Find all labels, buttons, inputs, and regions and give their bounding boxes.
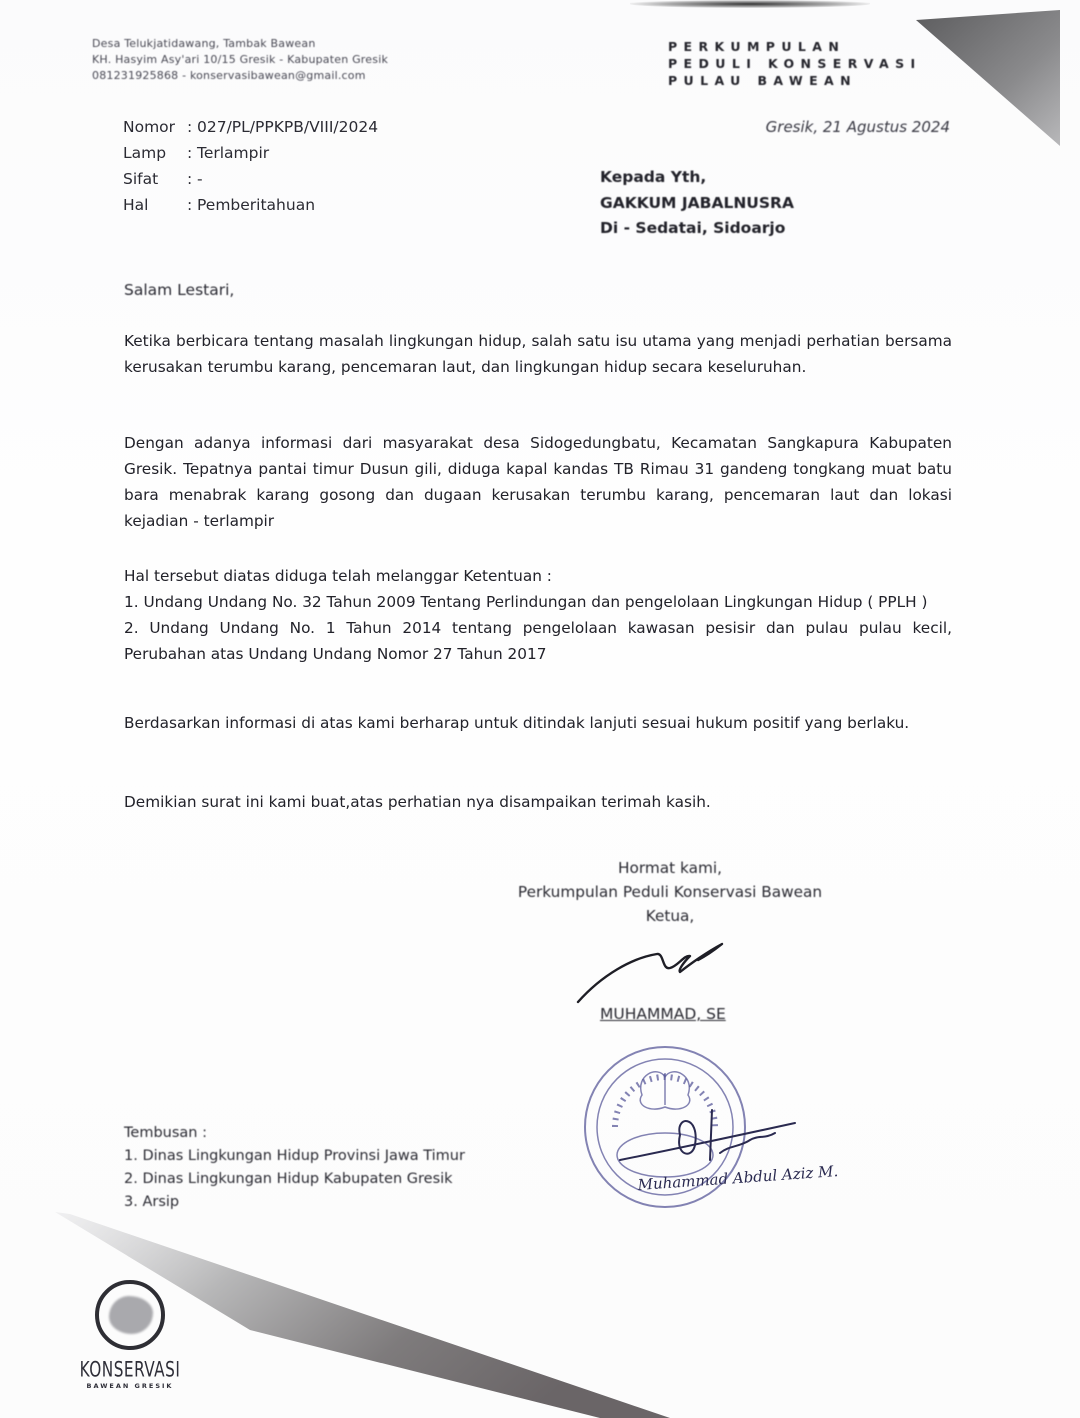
paragraph-1: Ketika berbicara tentang masalah lingkun…: [124, 328, 952, 380]
meta-value: -: [197, 166, 203, 192]
logo-subtitle: BAWEAN GRESIK: [72, 1382, 188, 1390]
island-logo-icon: [95, 1280, 165, 1350]
cc-item: 1. Dinas Lingkungan Hidup Provinsi Jawa …: [124, 1145, 465, 1168]
signature-icon: [572, 930, 742, 1010]
address-line: KH. Hasyim Asy'ari 10/15 Gresik - Kabupa…: [92, 52, 388, 68]
meta-row-lamp: Lamp:Terlampir: [123, 140, 378, 166]
regulations-list: Hal tersebut diatas diduga telah melangg…: [124, 563, 952, 667]
organization-logo: KONSERVASI BAWEAN GRESIK: [72, 1280, 188, 1390]
regulations-intro: Hal tersebut diatas diduga telah melangg…: [124, 563, 952, 589]
contact-line: 081231925868 - konservasibawean@gmail.co…: [92, 68, 388, 84]
recipient-name: GAKKUM JABALNUSRA: [600, 191, 794, 217]
meta-row-sifat: Sifat:-: [123, 166, 378, 192]
letter-meta: Nomor:027/PL/PPKPB/VIII/2024 Lamp:Terlam…: [123, 114, 378, 218]
meta-value: Pemberitahuan: [197, 192, 315, 218]
closing-org: Perkumpulan Peduli Konservasi Bawean: [490, 880, 850, 904]
paragraph-2: Dengan adanya informasi dari masyarakat …: [124, 430, 952, 534]
meta-value: 027/PL/PPKPB/VIII/2024: [197, 114, 378, 140]
recipient-block: Kepada Yth, GAKKUM JABALNUSRA Di - Sedat…: [600, 165, 794, 242]
cc-item: 2. Dinas Lingkungan Hidup Kabupaten Gres…: [124, 1168, 465, 1191]
organization-stamp-icon: Muhammad Abdul Aziz M.: [580, 1035, 920, 1220]
meta-row-nomor: Nomor:027/PL/PPKPB/VIII/2024: [123, 114, 378, 140]
meta-label: Hal: [123, 192, 187, 218]
top-edge-shadow: [630, 0, 870, 8]
recipient-location: Di - Sedatai, Sidoarjo: [600, 216, 794, 242]
cc-title: Tembusan :: [124, 1122, 465, 1145]
cc-item: 3. Arsip: [124, 1191, 465, 1214]
signer-name: MUHAMMAD, SE: [600, 1005, 726, 1023]
recipient-greeting: Kepada Yth,: [600, 165, 794, 191]
org-name-line: PULAU BAWEAN: [668, 72, 922, 89]
letter-date: Gresik, 21 Agustus 2024: [766, 114, 950, 140]
logo-name: KONSERVASI: [72, 1358, 188, 1383]
meta-label: Sifat: [123, 166, 187, 192]
org-name-line: PEDULI KONSERVASI: [668, 55, 922, 72]
meta-row-hal: Hal:Pemberitahuan: [123, 192, 378, 218]
letter-page: Desa Telukjatidawang, Tambak Bawean KH. …: [0, 0, 1080, 1418]
org-name-line: PERKUMPULAN: [668, 38, 922, 55]
address-line: Desa Telukjatidawang, Tambak Bawean: [92, 36, 388, 52]
carbon-copy-list: Tembusan : 1. Dinas Lingkungan Hidup Pro…: [124, 1122, 465, 1214]
closing-block: Hormat kami, Perkumpulan Peduli Konserva…: [490, 856, 850, 928]
letterhead-address: Desa Telukjatidawang, Tambak Bawean KH. …: [92, 36, 388, 84]
paragraph-closing: Demikian surat ini kami buat,atas perhat…: [124, 789, 952, 815]
meta-label: Nomor: [123, 114, 187, 140]
meta-label: Lamp: [123, 140, 187, 166]
letterhead-org-name: PERKUMPULAN PEDULI KONSERVASI PULAU BAWE…: [668, 38, 922, 89]
salutation: Salam Lestari,: [124, 281, 234, 299]
paragraph-request: Berdasarkan informasi di atas kami berha…: [124, 710, 952, 736]
closing-regards: Hormat kami,: [490, 856, 850, 880]
closing-title: Ketua,: [490, 904, 850, 928]
meta-value: Terlampir: [197, 140, 269, 166]
svg-text:Muhammad Abdul Aziz M.: Muhammad Abdul Aziz M.: [636, 1162, 839, 1194]
regulation-item: 1. Undang Undang No. 32 Tahun 2009 Tenta…: [124, 589, 952, 615]
regulation-item: 2. Undang Undang No. 1 Tahun 2014 tentan…: [124, 615, 952, 667]
